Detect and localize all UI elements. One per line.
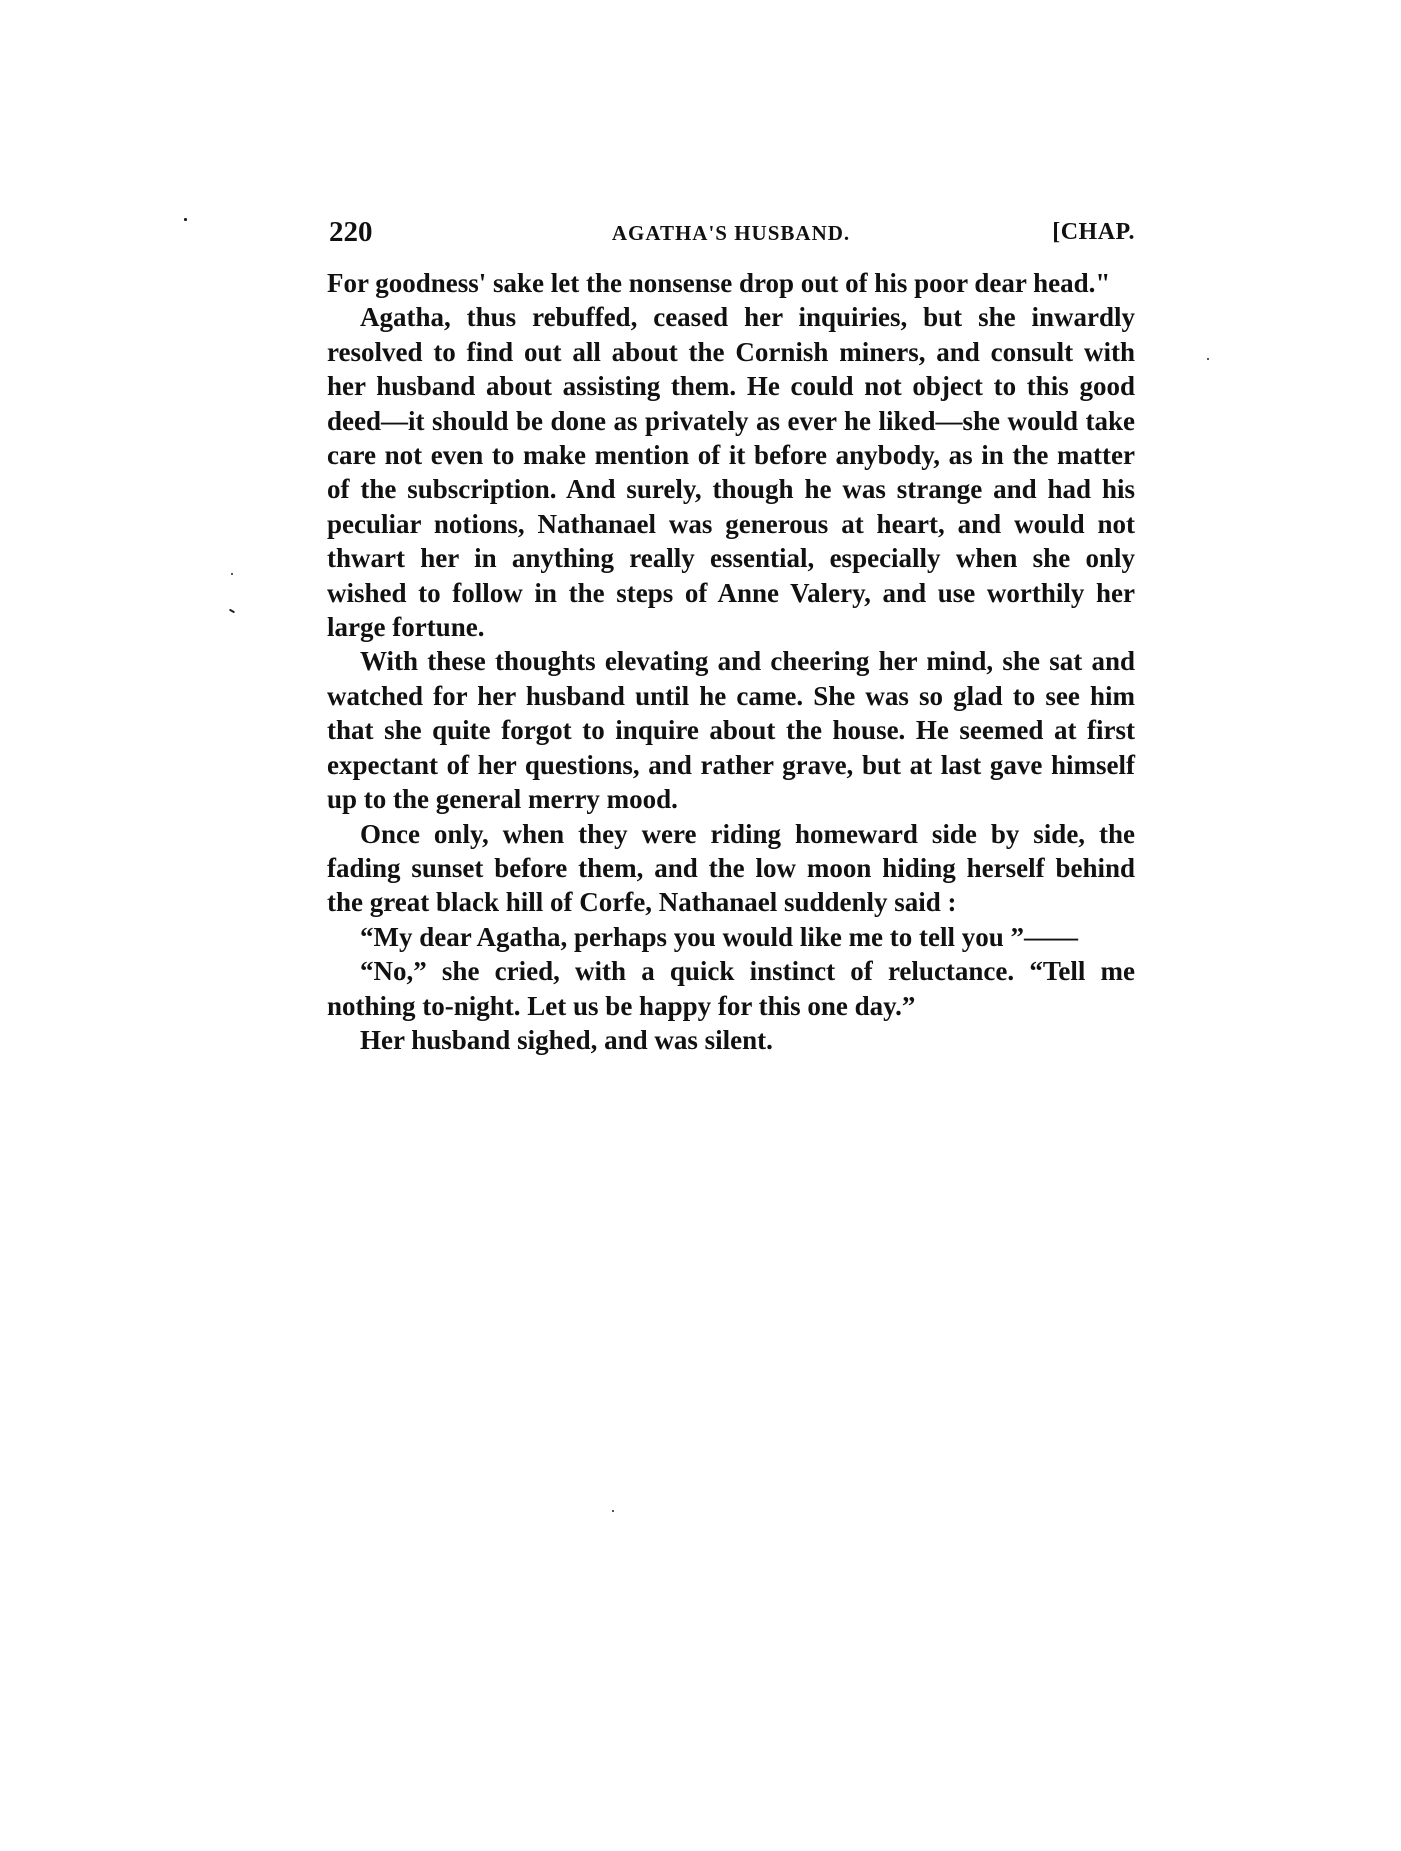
scan-speck	[1207, 358, 1209, 360]
paragraph: Agatha, thus rebuffed, ceased her inquir…	[327, 300, 1135, 644]
paragraph: For goodness' sake let the nonsense drop…	[327, 266, 1135, 300]
scan-speck	[229, 609, 235, 614]
chapter-mark: [CHAP.	[1052, 214, 1135, 250]
running-title: AGATHA'S HUSBAND.	[327, 216, 1135, 250]
body-text: For goodness' sake let the nonsense drop…	[327, 266, 1135, 1057]
running-head: 220 AGATHA'S HUSBAND. [CHAP.	[327, 212, 1135, 260]
scan-speck	[231, 573, 233, 575]
paragraph: “My dear Agatha, perhaps you would like …	[327, 920, 1135, 954]
scan-speck	[612, 1510, 614, 1512]
paragraph: Her husband sighed, and was silent.	[327, 1023, 1135, 1057]
paragraph: “No,” she cried, with a quick instinct o…	[327, 954, 1135, 1023]
book-page: 220 AGATHA'S HUSBAND. [CHAP. For goodnes…	[327, 212, 1135, 1057]
paragraph: Once only, when they were riding homewar…	[327, 817, 1135, 920]
paragraph: With these thoughts elevating and cheeri…	[327, 644, 1135, 816]
scan-speck	[184, 218, 187, 221]
